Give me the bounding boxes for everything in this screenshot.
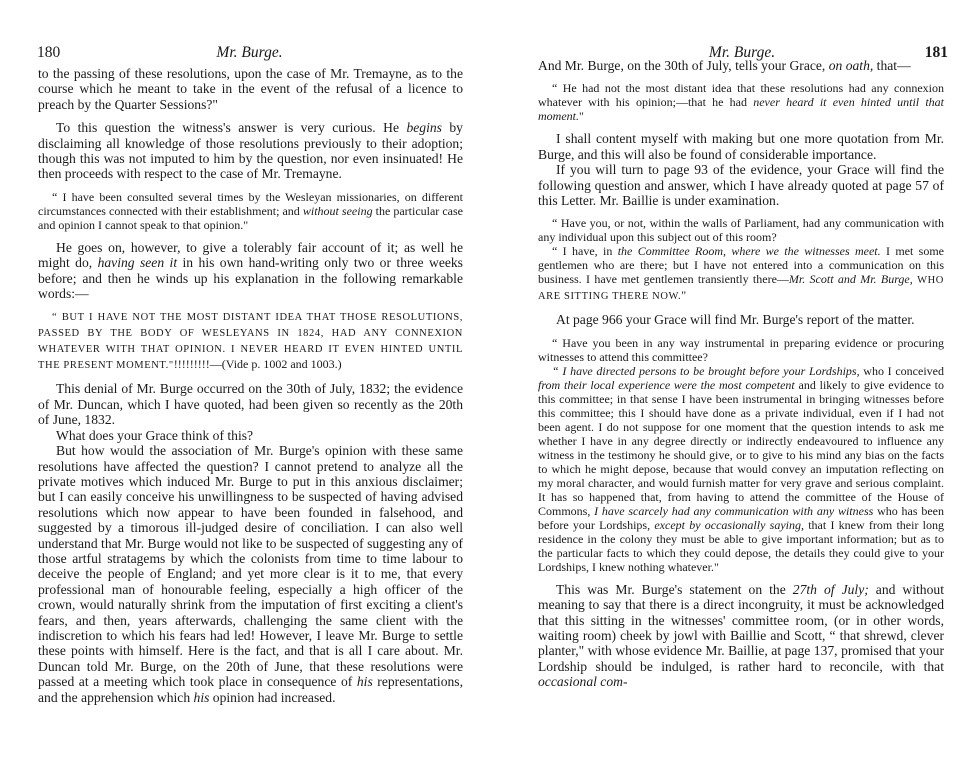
- right-page-body: And Mr. Burge, on the 30th of July, tell…: [538, 58, 944, 690]
- paragraph: This denial of Mr. Burge occurred on the…: [38, 381, 463, 427]
- paragraph: If you will turn to page 93 of the evide…: [538, 162, 944, 208]
- block-quote: “ I have directed persons to be brought …: [538, 364, 944, 574]
- paragraph: He goes on, however, to give a tolerably…: [38, 240, 463, 302]
- paragraph: This was Mr. Burge's statement on the 27…: [538, 582, 944, 690]
- paragraph: I shall content myself with making but o…: [538, 131, 944, 162]
- paragraph: To this question the witness's answer is…: [38, 120, 463, 182]
- paragraph: What does your Grace think of this?: [38, 428, 463, 443]
- left-page-body: to the passing of these resolutions, upo…: [38, 66, 463, 705]
- paragraph: to the passing of these resolutions, upo…: [38, 66, 463, 112]
- right-page: Mr. Burge. 181 And Mr. Burge, on the 30t…: [490, 0, 980, 760]
- paragraph: At page 966 your Grace will find Mr. Bur…: [538, 312, 944, 327]
- block-quote: “ I have been consulted several times by…: [38, 190, 463, 232]
- block-quote: “ Have you been in any way instrumental …: [538, 336, 944, 364]
- left-page-header: 180 Mr. Burge.: [37, 44, 462, 64]
- running-head: Mr. Burge.: [37, 44, 462, 62]
- block-quote: “ I have, in the Committee Room, where w…: [538, 244, 944, 304]
- block-quote: “ Have you, or not, within the walls of …: [538, 216, 944, 244]
- paragraph: But how would the association of Mr. Bur…: [38, 443, 463, 705]
- block-quote-small-caps: “ But I have not the most distant idea t…: [38, 309, 463, 373]
- paragraph: And Mr. Burge, on the 30th of July, tell…: [538, 58, 944, 73]
- block-quote: “ He had not the most distant idea that …: [538, 81, 944, 123]
- left-page: 180 Mr. Burge. to the passing of these r…: [0, 0, 490, 760]
